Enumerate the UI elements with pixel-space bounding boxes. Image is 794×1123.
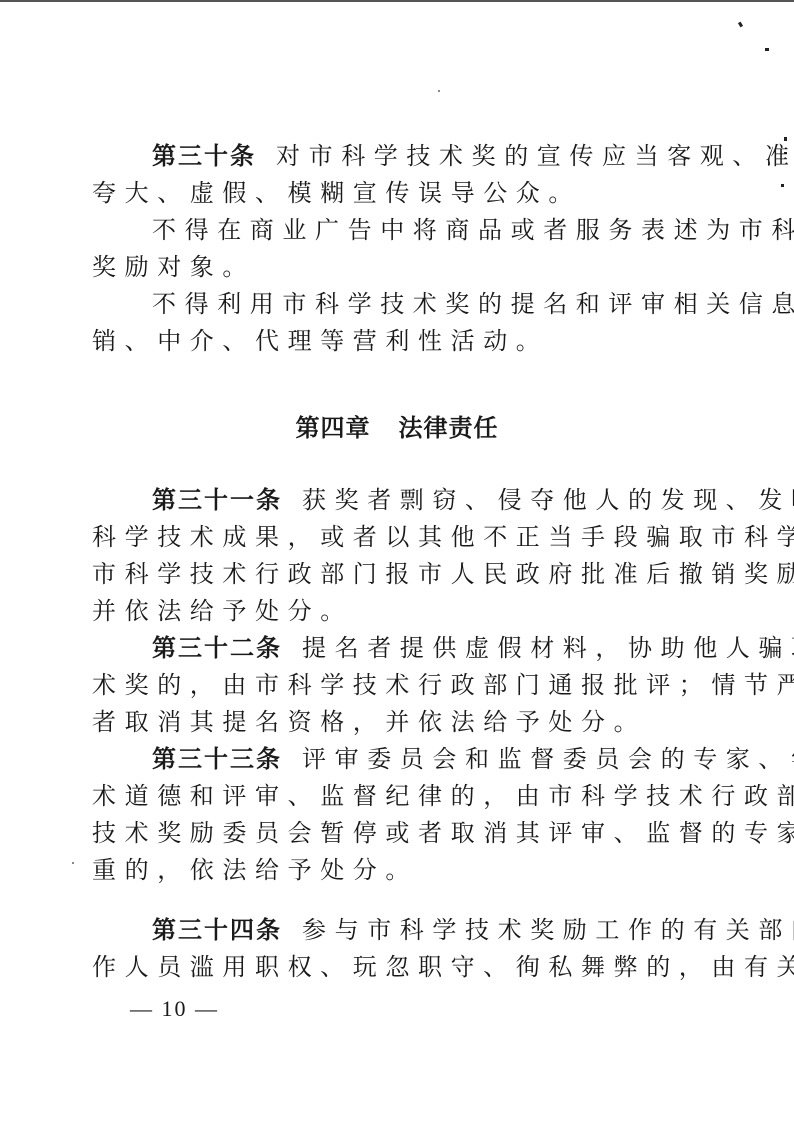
article-34-line-1: 第三十四条参与市科学技术奖励工作的有关部门及其工 bbox=[152, 912, 717, 949]
article-31-line-1: 第三十一条获奖者剽窃、侵夺他人的发现、发明或者其他 bbox=[152, 482, 717, 519]
article-label: 第三十三条 bbox=[152, 745, 282, 773]
scan-speck bbox=[738, 22, 743, 28]
article-label: 第三十条 bbox=[152, 142, 256, 170]
article-34-line-2: 作人员滥用职权、玩忽职守、徇私舞弊的，由有关部门依法给予 bbox=[92, 949, 717, 986]
article-label: 第三十四条 bbox=[152, 916, 282, 944]
chapter-heading: 第四章法律责任 bbox=[0, 410, 794, 447]
article-31-line-4: 并依法给予处分。 bbox=[92, 593, 717, 630]
article-33-line-2: 术道德和评审、监督纪律的，由市科学技术行政部门提请市科学 bbox=[92, 778, 717, 815]
chapter-number: 第四章 bbox=[296, 414, 371, 442]
scan-speck bbox=[765, 48, 769, 51]
scan-speck bbox=[784, 152, 787, 154]
document-page: 第三十条对市科学技术奖的宣传应当客观、准确，不得以 夸大、虚假、模糊宣传误导公众… bbox=[0, 0, 794, 1123]
article-30-p3-line-1: 不得利用市科学技术奖的提名和评审相关信息进行各类营 bbox=[152, 286, 717, 323]
article-30-line-1: 第三十条对市科学技术奖的宣传应当客观、准确，不得以 bbox=[152, 138, 717, 175]
page-number: — 10 — bbox=[130, 992, 219, 1026]
article-32-line-2: 术奖的，由市科学技术行政部门通报批评；情节严重的，暂停或 bbox=[92, 667, 717, 704]
article-31-line-3: 市科学技术行政部门报市人民政府批准后撤销奖励，追回奖金， bbox=[92, 556, 717, 593]
article-label: 第三十一条 bbox=[152, 486, 282, 514]
scan-speck bbox=[72, 862, 74, 864]
article-30-p2-line-1: 不得在商业广告中将商品或者服务表述为市科学技术奖的 bbox=[152, 212, 717, 249]
article-32-line-3: 者取消其提名资格，并依法给予处分。 bbox=[92, 704, 717, 741]
article-30-line-2: 夸大、虚假、模糊宣传误导公众。 bbox=[92, 175, 717, 212]
article-31-line-2: 科学技术成果，或者以其他不正当手段骗取市科学技术奖的，由 bbox=[92, 519, 717, 556]
scan-speck bbox=[438, 90, 440, 92]
article-33-line-1: 第三十三条评审委员会和监督委员会的专家、学者违反学 bbox=[152, 741, 717, 778]
chapter-title: 法律责任 bbox=[399, 414, 499, 442]
article-label: 第三十二条 bbox=[152, 634, 282, 662]
article-33-line-4: 重的，依法给予处分。 bbox=[92, 852, 717, 889]
article-33-line-3: 技术奖励委员会暂停或者取消其评审、监督的专家资格；情节严 bbox=[92, 815, 717, 852]
scan-speck bbox=[781, 184, 784, 187]
article-32-line-1: 第三十二条提名者提供虚假材料，协助他人骗取市科学技 bbox=[152, 630, 717, 667]
scan-edge bbox=[0, 0, 794, 2]
scan-speck bbox=[784, 137, 787, 141]
article-30-p3-line-2: 销、中介、代理等营利性活动。 bbox=[92, 323, 717, 360]
article-30-p2-line-2: 奖励对象。 bbox=[92, 249, 717, 286]
